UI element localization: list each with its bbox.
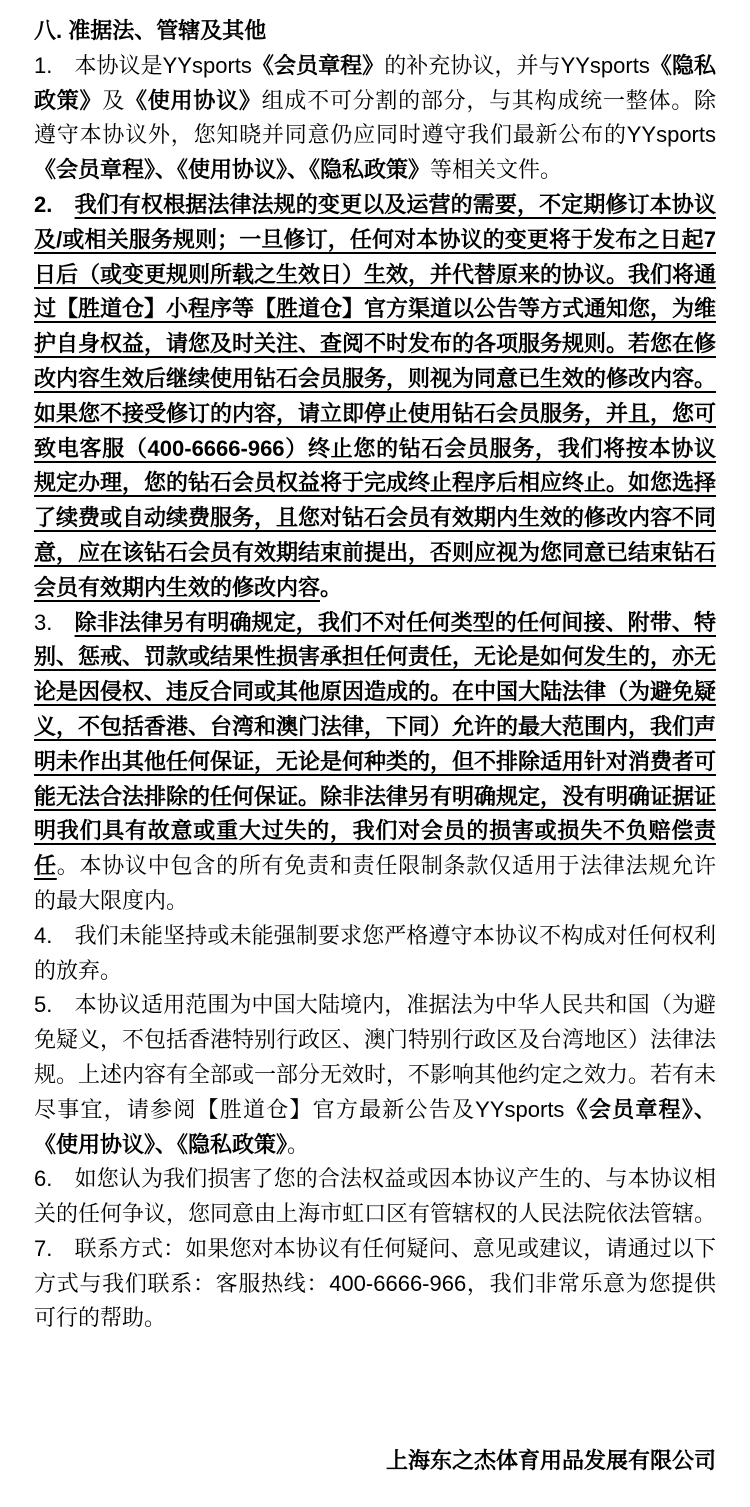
text-segment: 《会员章程》、《使用协议》、《隐私政策》 — [34, 157, 430, 182]
text-segment: 6. 如您认为我们损害了您的合法权益或因本协议产生的、与本协议相关的任何争议，您… — [34, 1166, 716, 1226]
text-segment: 及 — [102, 88, 125, 113]
section-heading: 八. 准据法、管辖及其他 — [34, 14, 716, 49]
text-segment: 。 — [320, 575, 342, 600]
agreement-body: 1. 本协议是YYsports《会员章程》的补充协议，并与YYsports《隐私… — [34, 49, 716, 1336]
text-segment: 2. — [34, 192, 75, 217]
clause-6: 6. 如您认为我们损害了您的合法权益或因本协议产生的、与本协议相关的任何争议，您… — [34, 1162, 716, 1232]
text-segment: 7. 联系方式：如果您对本协议有任何疑问、意见或建议，请通过以下方式与我们联系：… — [34, 1236, 716, 1331]
clause-4: 4. 我们未能坚持或未能强制要求您严格遵守本协议不构成对任何权利的放弃。 — [34, 919, 716, 989]
agreement-page: 八. 准据法、管辖及其他 1. 本协议是YYsports《会员章程》的补充协议，… — [0, 0, 750, 1479]
clause-2: 2. 我们有权根据法律法规的变更以及运营的需要，不定期修订本协议及/或相关服务规… — [34, 188, 716, 606]
clause-3: 3. 除非法律另有明确规定，我们不对任何类型的任何间接、附带、特别、惩戒、罚款或… — [34, 606, 716, 919]
text-segment: 除非法律另有明确规定，我们不对任何类型的任何间接、附带、特别、惩戒、罚款或结果性… — [34, 610, 716, 879]
clause-5: 5. 本协议适用范围为中国大陆境内，准据法为中华人民共和国（为避免疑义，不包括香… — [34, 988, 716, 1162]
text-segment: 的补充协议，并与YYsports — [384, 53, 650, 78]
text-segment: 1. 本协议是YYsports — [34, 53, 252, 78]
text-segment: 《会员章程》 — [252, 53, 384, 78]
clause-7: 7. 联系方式：如果您对本协议有任何疑问、意见或建议，请通过以下方式与我们联系：… — [34, 1232, 716, 1336]
text-segment: 。 — [287, 1132, 309, 1157]
text-segment: 《使用协议》 — [125, 88, 262, 113]
text-segment: 3. — [34, 610, 75, 635]
text-segment: 我们有权根据法律法规的变更以及运营的需要，不定期修订本协议及/或相关服务规则；一… — [34, 192, 716, 600]
clause-1: 1. 本协议是YYsports《会员章程》的补充协议，并与YYsports《隐私… — [34, 49, 716, 188]
text-segment: 等相关文件。 — [430, 157, 562, 182]
text-segment: 。本协议中包含的所有免责和责任限制条款仅适用于法律法规允许的最大限度内。 — [34, 853, 716, 913]
company-signature: 上海东之杰体育用品发展有限公司 — [34, 1444, 716, 1479]
text-segment: 4. 我们未能坚持或未能强制要求您严格遵守本协议不构成对任何权利的放弃。 — [34, 923, 716, 983]
